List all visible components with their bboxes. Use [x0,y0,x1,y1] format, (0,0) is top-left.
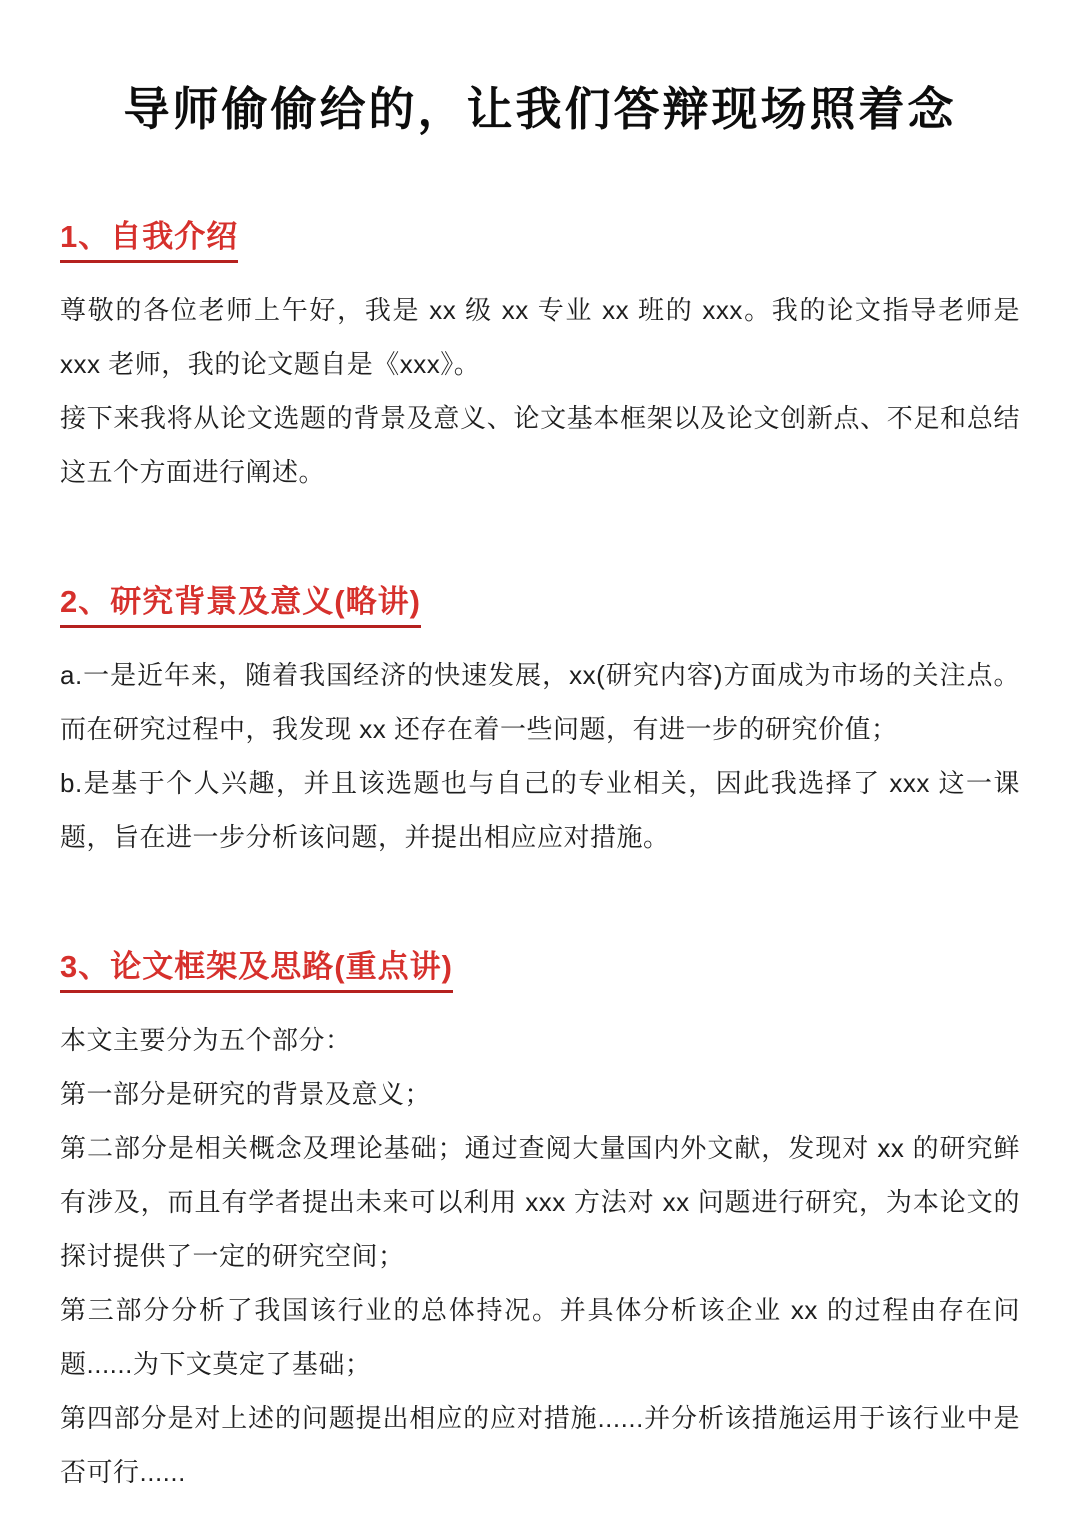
document-body: 1、自我介绍 尊敬的各位老师上午好，我是 xx 级 xx 专业 xx 班的 xx… [60,220,1020,1499]
paragraph: 第二部分是相关概念及理论基础；通过查阅大量国内外文献，发现对 xx 的研究鲜有涉… [60,1121,1020,1283]
paragraph: b.是基于个人兴趣，并且该选题也与自己的专业相关，因此我选择了 xxx 这一课题… [60,756,1020,864]
section-1: 1、自我介绍 尊敬的各位老师上午好，我是 xx 级 xx 专业 xx 班的 xx… [60,220,1020,499]
section-heading: 3、论文框架及思路(重点讲) [60,950,453,993]
section-3: 3、论文框架及思路(重点讲) 本文主要分为五个部分：第一部分是研究的背景及意义；… [60,950,1020,1499]
paragraph: 本文主要分为五个部分： [60,1013,1020,1067]
section-paragraphs: 尊敬的各位老师上午好，我是 xx 级 xx 专业 xx 班的 xxx。我的论文指… [60,283,1020,499]
section-heading: 1、自我介绍 [60,220,238,263]
paragraph: 尊敬的各位老师上午好，我是 xx 级 xx 专业 xx 班的 xxx。我的论文指… [60,283,1020,391]
paragraph: 第一部分是研究的背景及意义； [60,1067,1020,1121]
paragraph: 第三部分分析了我国该行业的总体持况。并具体分析该企业 xx 的过程由存在问题..… [60,1283,1020,1391]
paragraph: 接下来我将从论文选题的背景及意义、论文基本框架以及论文创新点、不足和总结这五个方… [60,391,1020,499]
section-heading: 2、研究背景及意义(略讲) [60,585,421,628]
section-paragraphs: 本文主要分为五个部分：第一部分是研究的背景及意义；第二部分是相关概念及理论基础；… [60,1013,1020,1499]
section-paragraphs: a.一是近年来，随着我国经济的快速发展，xx(研究内容)方面成为市场的关注点。而… [60,648,1020,864]
section-2: 2、研究背景及意义(略讲) a.一是近年来，随着我国经济的快速发展，xx(研究内… [60,585,1020,864]
page-title: 导师偷偷给的，让我们答辩现场照着念 [60,84,1020,134]
paragraph: 第四部分是对上述的问题提出相应的应对措施......并分析该措施运用于该行业中是… [60,1391,1020,1499]
paragraph: a.一是近年来，随着我国经济的快速发展，xx(研究内容)方面成为市场的关注点。而… [60,648,1020,756]
document-page: 导师偷偷给的，让我们答辩现场照着念 1、自我介绍 尊敬的各位老师上午好，我是 x… [0,0,1080,1528]
